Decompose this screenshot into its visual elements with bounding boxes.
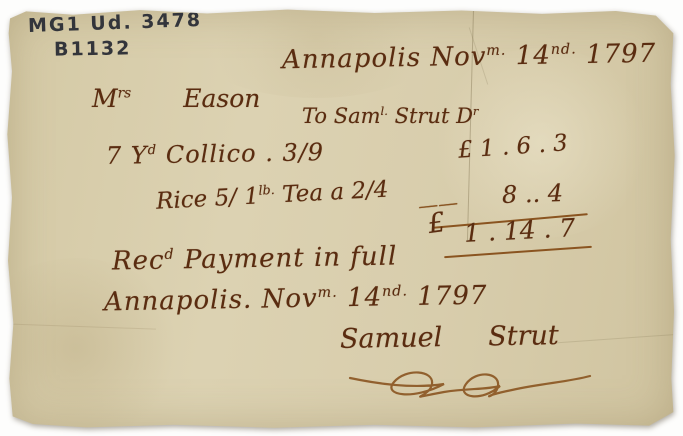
debit-sup1: l. [381, 104, 388, 118]
received-rec: Rec [112, 246, 165, 277]
date-top-day: 14 [506, 41, 551, 72]
received-text: Payment in full [174, 242, 397, 276]
addressee-prefix-sup: rs [118, 86, 132, 102]
date-line-bottom: Annapolis. Novm. 14nd. 1797 [104, 281, 488, 318]
received-sup: d [164, 247, 174, 263]
date-top-text: Annapolis Nov [282, 42, 487, 76]
item-row-2-amount: 8 .. 4 [502, 179, 564, 209]
debit-name: Strut D [388, 104, 473, 128]
date-top-sup-ordinal: nd. [551, 41, 577, 57]
date-top-sup-month: m. [486, 43, 506, 59]
addressee-name: Eason [183, 84, 260, 113]
item1-qty-sup: d [148, 143, 158, 158]
item2-qty-sup: lb. [258, 182, 275, 198]
item1-qty: 7 Y [106, 141, 148, 170]
item-row-1-amount: £ 1 . 6 . 3 [457, 130, 568, 164]
debit-sup2: r [473, 104, 479, 118]
date-bottom-day: 14 [338, 282, 383, 313]
item2-qty: Rice 5/ 1 [155, 183, 259, 214]
received-line: Recd Payment in full [112, 242, 398, 277]
signature-gap [442, 345, 488, 346]
archival-mark-line1: MG1 Ud. 3478 [28, 9, 203, 37]
signature-last-name: Strut [488, 320, 559, 352]
bottom-right-crease [554, 334, 682, 344]
debit-to: To Sam [302, 104, 381, 128]
item-row-2-desc: Rice 5/ 1lb. Tea a 2/4 [155, 176, 389, 215]
receipt-paper: MG1 Ud. 3478 B1132 Annapolis Novm. 14nd.… [6, 8, 676, 429]
signature-flourish [348, 356, 592, 404]
archival-mark-line2: B1132 [54, 37, 132, 60]
paper-shadow-wrap: MG1 Ud. 3478 B1132 Annapolis Novm. 14nd.… [0, 0, 683, 436]
signature-first-name: Samuel [340, 322, 443, 355]
paper-stain [0, 258, 186, 436]
date-bottom-sup-ordinal: nd. [382, 283, 408, 299]
item1-text: Collico . 3/9 [157, 138, 324, 169]
item2-text: Tea a 2/4 [274, 177, 389, 209]
item-row-1-desc: 7 Yd Collico . 3/9 [106, 138, 325, 170]
scanned-receipt-image: MG1 Ud. 3478 B1132 Annapolis Novm. 14nd.… [0, 0, 683, 436]
addressee-line: MrsEason [92, 84, 260, 113]
addressee-prefix: M [92, 84, 118, 113]
date-line-top: Annapolis Novm. 14nd. 1797 [282, 39, 657, 76]
left-edge-crease [6, 323, 156, 329]
total-amount: 1 . 14 . 7 [463, 213, 576, 248]
signature: SamuelStrut [340, 320, 559, 355]
date-bottom-text: Annapolis. Nov [104, 284, 318, 318]
date-bottom-year: 1797 [408, 281, 488, 312]
date-top-year: 1797 [577, 39, 657, 70]
date-bottom-sup-month: m. [317, 285, 337, 301]
debit-line: To Saml. Strut Dr [302, 104, 478, 128]
